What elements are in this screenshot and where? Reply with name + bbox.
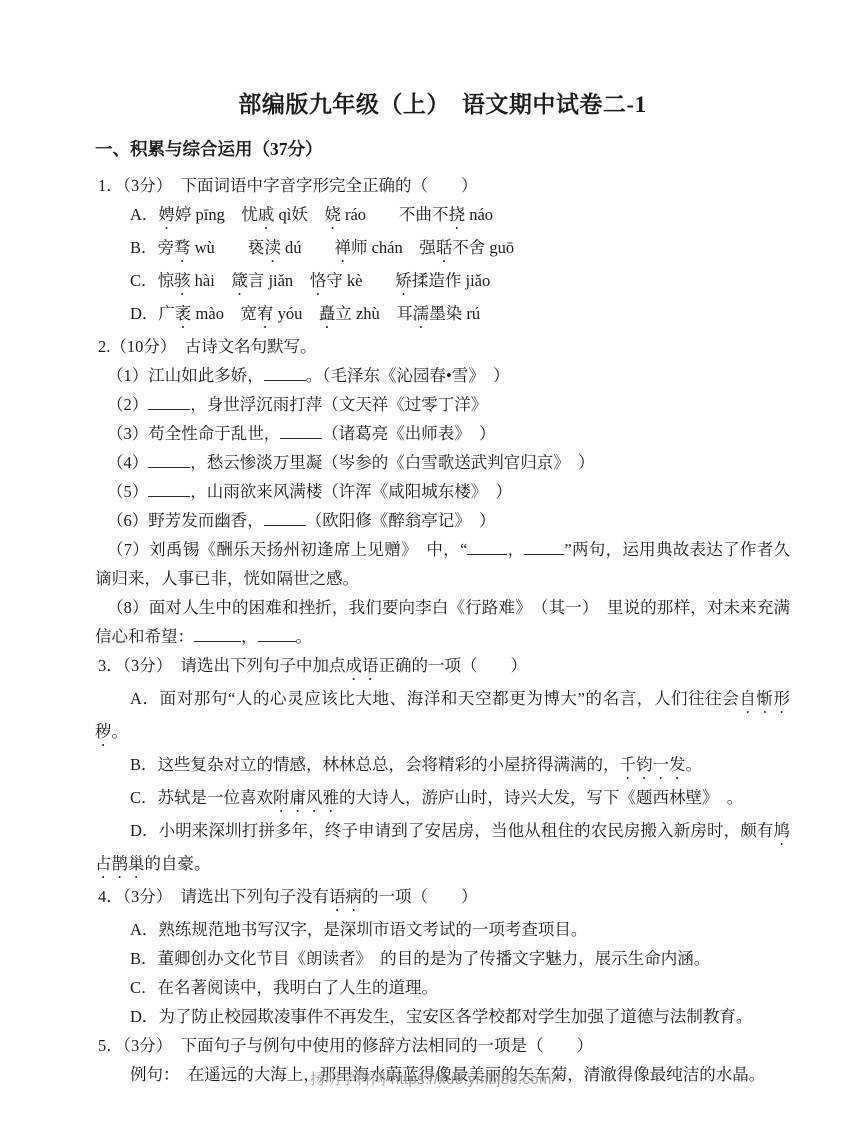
text-segment: D．广 <box>130 304 175 323</box>
question-2-item-6: （6）野芳发而幽香，（欧阳修《醉翁亭记》 ） <box>95 506 790 535</box>
question-1-stem: 1．（3分） 下面词语中字音字形完全正确的（ ） <box>95 171 790 200</box>
emphasized-text: 附庸风雅 <box>273 788 339 807</box>
footer-site-name-and-url: 扬明学科网 https://xue.ymbj88.com/ <box>310 1071 556 1088</box>
text-segment: 揉造作 jiǎo <box>412 271 490 290</box>
text-segment: 墨染 rú <box>429 304 480 323</box>
text-segment: mào 宽 <box>191 304 257 323</box>
text-segment: B．旁 <box>130 238 174 257</box>
text-segment: B．这些复杂对立的情感，林林总总，会将精彩的小屋挤得满满的， <box>130 755 620 774</box>
text-segment: ，山雨欲来风满楼（许浑《咸阳城东楼》 ） <box>190 482 512 501</box>
question-3-option-a: A．面对那句“人的心灵应该比大地、海洋和天空都更为博大”的名言，人们往往会自惭形… <box>95 684 790 750</box>
page-footer: 扬明学科网 https://xue.ymbj88.com/ <box>0 1068 866 1089</box>
text-segment: 守 kè <box>326 271 395 290</box>
answer-blank <box>280 436 322 439</box>
question-4-option-d: D．为了防止校园欺凌事件不再发生，宝安区各学校都对学生加强了道德与法制教育。 <box>95 1002 790 1031</box>
text-segment: C．苏轼是一位喜欢 <box>130 788 273 807</box>
answer-blank <box>148 494 190 497</box>
text-segment: A．面对那句“人的心灵应该比大地、海洋和天空都更为博大”的名言，人们往往会 <box>130 689 739 708</box>
text-segment: yóu <box>273 304 318 323</box>
text-segment: 的大诗人，游庐山时，诗兴大发，写下《题西林壁》 。 <box>339 788 743 807</box>
question-2-item-2: （2），身世浮沉雨打萍（文天祥《过零丁洋》 <box>95 390 790 419</box>
question-2-item-5: （5），山雨欲来风满楼（许浑《咸阳城东楼》 ） <box>95 477 790 506</box>
text-segment: （5） <box>107 482 148 501</box>
emphasized-text: 成语 <box>346 656 379 675</box>
emphasized-text: 骛 <box>174 238 191 257</box>
question-2-item-8: （8）面对人生中的困难和挫折，我们要向李白《行路难》 （其一） 里说的那样，对未… <box>95 593 790 651</box>
exam-document-page: { "page": { "title": "部编版九年级（上） 语文期中试卷二-… <box>0 0 866 1122</box>
emphasized-text: 语病 <box>329 887 362 906</box>
question-2-item-3: （3）苟全性命于乱世，（诸葛亮《出师表》 ） <box>95 419 790 448</box>
text-segment: 。 <box>112 722 129 741</box>
text-segment: 的自豪。 <box>145 854 211 873</box>
text-segment: C．惊 <box>130 271 174 290</box>
answer-blank <box>264 378 306 381</box>
text-segment: 4．（3分） 请选出下列句子没有 <box>98 887 329 906</box>
text-segment: 不舍 guō <box>452 238 514 257</box>
emphasized-text: 戚 <box>258 205 275 224</box>
text-segment: ， <box>241 627 258 646</box>
emphasized-text: 千钧一发 <box>620 755 686 774</box>
emphasized-text: 娉 <box>158 205 175 224</box>
text-segment: 正确的一项（ ） <box>379 656 528 675</box>
question-2-item-4: （4），愁云惨淡万里凝（岑参的《白雪歌送武判官归京》 ） <box>95 448 790 477</box>
question-2-item-7: （7）刘禹锡《酬乐天扬州初逢席上见赠》 中，“，”两句，运用典故表达了作者久谪归… <box>95 535 790 593</box>
answer-blank <box>467 552 507 555</box>
answer-blank <box>258 639 296 642</box>
section-heading: 一、积累与综合运用（37分） <box>95 136 790 162</box>
text-segment: wù 亵 <box>191 238 265 257</box>
emphasized-text: 骇 <box>174 271 191 290</box>
emphasized-text: 矗 <box>319 304 336 323</box>
emphasized-text: 娆 <box>324 205 341 224</box>
question-2-item-1: （1）江山如此多娇，。（毛泽东《沁园春•雪》 ） <box>95 361 790 390</box>
text-segment: （欧阳修《醉翁亭记》 ） <box>306 511 496 530</box>
text-segment: （1）江山如此多娇， <box>107 366 264 385</box>
emphasized-text: 矫 <box>395 271 412 290</box>
text-segment: 言 jiǎn <box>248 271 310 290</box>
text-segment: （3）苟全性命于乱世， <box>107 424 280 443</box>
emphasized-text: 袤 <box>175 304 192 323</box>
question-1-option-b: B．旁骛 wù 亵渎 dú 禅师 chán 强聒不舍 guō <box>95 233 790 266</box>
text-segment: 。 <box>686 755 703 774</box>
answer-blank <box>194 639 241 642</box>
emphasized-text: 宥 <box>257 304 274 323</box>
page-title: 部编版九年级（上） 语文期中试卷二-1 <box>95 90 790 120</box>
text-segment: D．小明来深圳打拼多年，终子申请到了安居房，当他从租住的农民房搬入新房时，颇有 <box>130 821 774 840</box>
text-segment: 师 chán 强 <box>351 238 436 257</box>
text-segment: 。 <box>296 627 313 646</box>
emphasized-text: 渎 <box>264 238 281 257</box>
text-segment: qì妖 <box>274 205 324 224</box>
text-segment: （4） <box>107 453 148 472</box>
answer-blank <box>524 552 564 555</box>
text-segment: náo <box>465 205 493 224</box>
question-3-option-d: D．小明来深圳打拼多年，终子申请到了安居房，当他从租住的农民房搬入新房时，颇有鸠… <box>95 816 790 882</box>
question-1-option-c: C．惊骇 hài 箴言 jiǎn 恪守 kè 矫揉造作 jiǎo <box>95 266 790 299</box>
question-3-option-b: B．这些复杂对立的情感，林林总总，会将精彩的小屋挤得满满的，千钧一发。 <box>95 750 790 783</box>
text-segment: 的一项（ ） <box>362 887 478 906</box>
text-segment: （诸葛亮《出师表》 ） <box>322 424 495 443</box>
question-5-stem: 5．（3分） 下面句子与例句中使用的修辞方法相同的一项是（ ） <box>95 1031 790 1060</box>
question-4-option-c: C．在名著阅读中，我明白了人生的道理。 <box>95 973 790 1002</box>
text-segment: ， <box>507 540 524 559</box>
text-segment: （7）刘禹锡《酬乐天扬州初逢席上见赠》 中，“ <box>107 540 467 559</box>
emphasized-text: 禅 <box>334 238 351 257</box>
question-1-option-a: A．娉婷 pīng 忧戚 qì妖 娆 ráo 不曲不挠 náo <box>95 200 790 233</box>
question-1-option-d: D．广袤 mào 宽宥 yóu 矗立 zhù 耳濡墨染 rú <box>95 299 790 332</box>
text-segment: hài <box>191 271 232 290</box>
text-segment: ，愁云惨淡万里凝（岑参的《白雪歌送武判官归京》 ） <box>190 453 594 472</box>
question-4-option-b: B．董卿创办文化节目《朗读者》 的目的是为了传播文字魅力，展示生命内涵。 <box>95 944 790 973</box>
text-segment: A． <box>130 205 158 224</box>
question-2-stem: 2.（10分） 古诗文名句默写。 <box>95 332 790 361</box>
emphasized-text: 濡 <box>413 304 430 323</box>
emphasized-text: 挠 <box>449 205 466 224</box>
exam-content: 部编版九年级（上） 语文期中试卷二-1 一、积累与综合运用（37分） 1．（3分… <box>95 90 790 1089</box>
emphasized-text: 箴 <box>231 271 248 290</box>
text-segment: （2） <box>107 395 148 414</box>
text-segment: 。（毛泽东《沁园春•雪》 ） <box>306 366 510 385</box>
question-4-stem: 4．（3分） 请选出下列句子没有语病的一项（ ） <box>95 882 790 915</box>
question-3-stem: 3．（3分） 请选出下列句子中加点成语正确的一项（ ） <box>95 651 790 684</box>
text-segment: 立 zhù 耳 <box>335 304 412 323</box>
text-segment: dú <box>281 238 335 257</box>
text-segment: 婷 pīng 忧 <box>175 205 258 224</box>
question-4-option-a: A．熟练规范地书写汉字，是深圳市语文考试的一项考查项目。 <box>95 915 790 944</box>
text-segment: 3．（3分） 请选出下列句子中加点 <box>98 656 346 675</box>
question-3-option-c: C．苏轼是一位喜欢附庸风雅的大诗人，游庐山时，诗兴大发，写下《题西林壁》 。 <box>95 783 790 816</box>
text-segment: ，身世浮沉雨打萍（文天祥《过零丁洋》 <box>190 395 487 414</box>
emphasized-text: 恪 <box>310 271 327 290</box>
text-segment: ráo 不曲不 <box>341 205 449 224</box>
answer-blank <box>264 523 306 526</box>
emphasized-text: 聒 <box>436 238 453 257</box>
answer-blank <box>148 465 190 468</box>
text-segment: （6）野芳发而幽香， <box>107 511 264 530</box>
answer-blank <box>148 407 190 410</box>
